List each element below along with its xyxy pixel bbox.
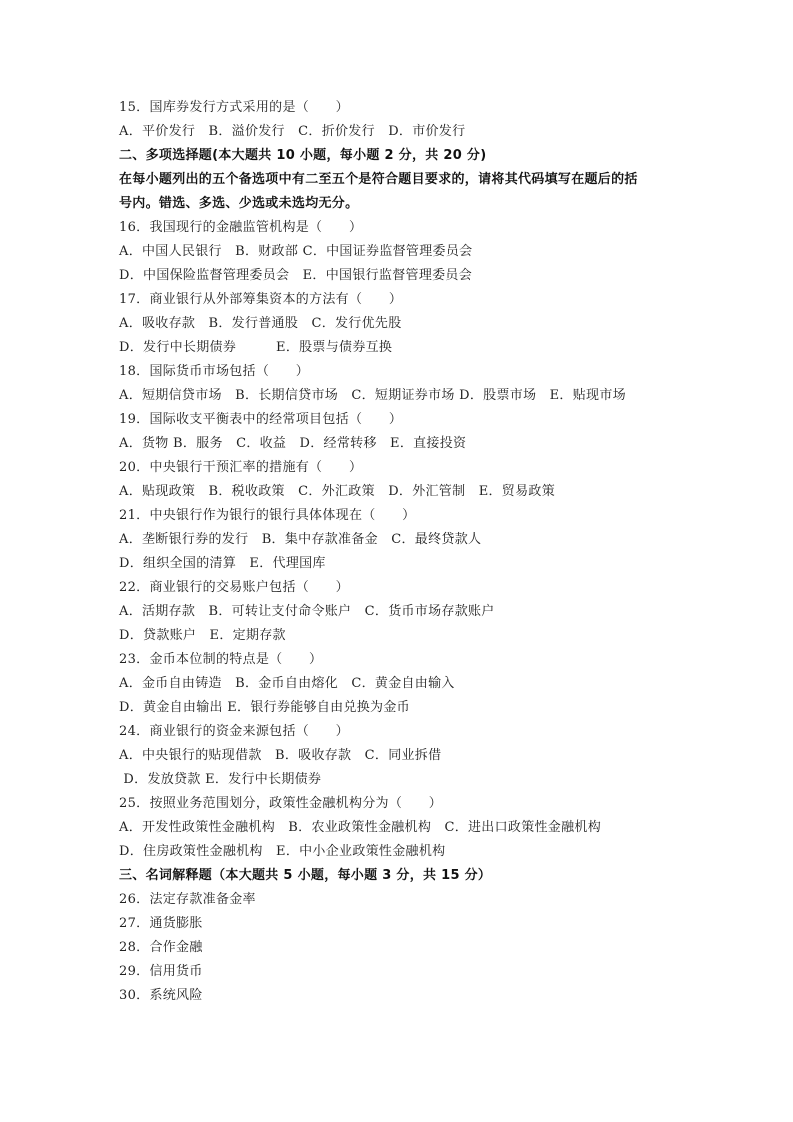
question-25-options-1: A．开发性政策性金融机构 B．农业政策性金融机构 C．进出口政策性金融机构 — [119, 816, 679, 840]
question-29: 29．信用货币 — [119, 960, 679, 984]
question-21-options-2: D．组织全国的清算 E．代理国库 — [119, 552, 679, 576]
question-24: 24．商业银行的资金来源包括（ ） — [119, 720, 679, 744]
section-2-heading: 二、多项选择题(本大题共 10 小题，每小题 2 分，共 20 分) — [119, 144, 679, 168]
question-16-options-1: A．中国人民银行 B．财政部 C．中国证券监督管理委员会 — [119, 240, 679, 264]
question-28: 28．合作金融 — [119, 936, 679, 960]
document-page: 15．国库券发行方式采用的是（ ） A．平价发行 B．溢价发行 C．折价发行 D… — [119, 96, 679, 1008]
question-22-options-2: D．贷款账户 E．定期存款 — [119, 624, 679, 648]
question-20: 20．中央银行干预汇率的措施有（ ） — [119, 456, 679, 480]
question-17-options-2: D．发行中长期债券 E．股票与债券互换 — [119, 336, 679, 360]
question-27: 27．通货膨胀 — [119, 912, 679, 936]
question-16-options-2: D．中国保险监督管理委员会 E．中国银行监督管理委员会 — [119, 264, 679, 288]
section-2-instructions-line-2: 号内。错选、多选、少选或未选均无分。 — [119, 192, 679, 216]
question-21-options-1: A．垄断银行券的发行 B．集中存款准备金 C．最终贷款人 — [119, 528, 679, 552]
question-19-options: A．货物 B．服务 C．收益 D．经常转移 E．直接投资 — [119, 432, 679, 456]
question-19: 19．国际收支平衡表中的经常项目包括（ ） — [119, 408, 679, 432]
question-25-options-2: D．住房政策性金融机构 E．中小企业政策性金融机构 — [119, 840, 679, 864]
question-22-options-1: A．活期存款 B．可转让支付命令账户 C．货币市场存款账户 — [119, 600, 679, 624]
question-21: 21．中央银行作为银行的银行具体体现在（ ） — [119, 504, 679, 528]
question-23-options-2: D．黄金自由输出 E．银行券能够自由兑换为金币 — [119, 696, 679, 720]
section-3-heading: 三、名词解释题（本大题共 5 小题，每小题 3 分，共 15 分） — [119, 864, 679, 888]
question-25: 25．按照业务范围划分，政策性金融机构分为（ ） — [119, 792, 679, 816]
question-23-options-1: A．金币自由铸造 B．金币自由熔化 C．黄金自由输入 — [119, 672, 679, 696]
question-22: 22．商业银行的交易账户包括（ ） — [119, 576, 679, 600]
question-24-options-1: A．中央银行的贴现借款 B．吸收存款 C．同业拆借 — [119, 744, 679, 768]
section-2-instructions-line-1: 在每小题列出的五个备选项中有二至五个是符合题目要求的，请将其代码填写在题后的括 — [119, 168, 679, 192]
question-18-options: A．短期信贷市场 B．长期信贷市场 C．短期证券市场 D．股票市场 E．贴现市场 — [119, 384, 679, 408]
question-16: 16．我国现行的金融监管机构是（ ） — [119, 216, 679, 240]
question-24-options-2: D．发放贷款 E．发行中长期债券 — [119, 768, 679, 792]
question-15-options: A．平价发行 B．溢价发行 C．折价发行 D．市价发行 — [119, 120, 679, 144]
question-23: 23．金币本位制的特点是（ ） — [119, 648, 679, 672]
question-17: 17．商业银行从外部筹集资本的方法有（ ） — [119, 288, 679, 312]
question-26: 26．法定存款准备金率 — [119, 888, 679, 912]
question-30: 30．系统风险 — [119, 984, 679, 1008]
question-18: 18．国际货币市场包括（ ） — [119, 360, 679, 384]
question-17-options-1: A．吸收存款 B．发行普通股 C．发行优先股 — [119, 312, 679, 336]
question-20-options: A．贴现政策 B．税收政策 C．外汇政策 D．外汇管制 E．贸易政策 — [119, 480, 679, 504]
question-15: 15．国库券发行方式采用的是（ ） — [119, 96, 679, 120]
